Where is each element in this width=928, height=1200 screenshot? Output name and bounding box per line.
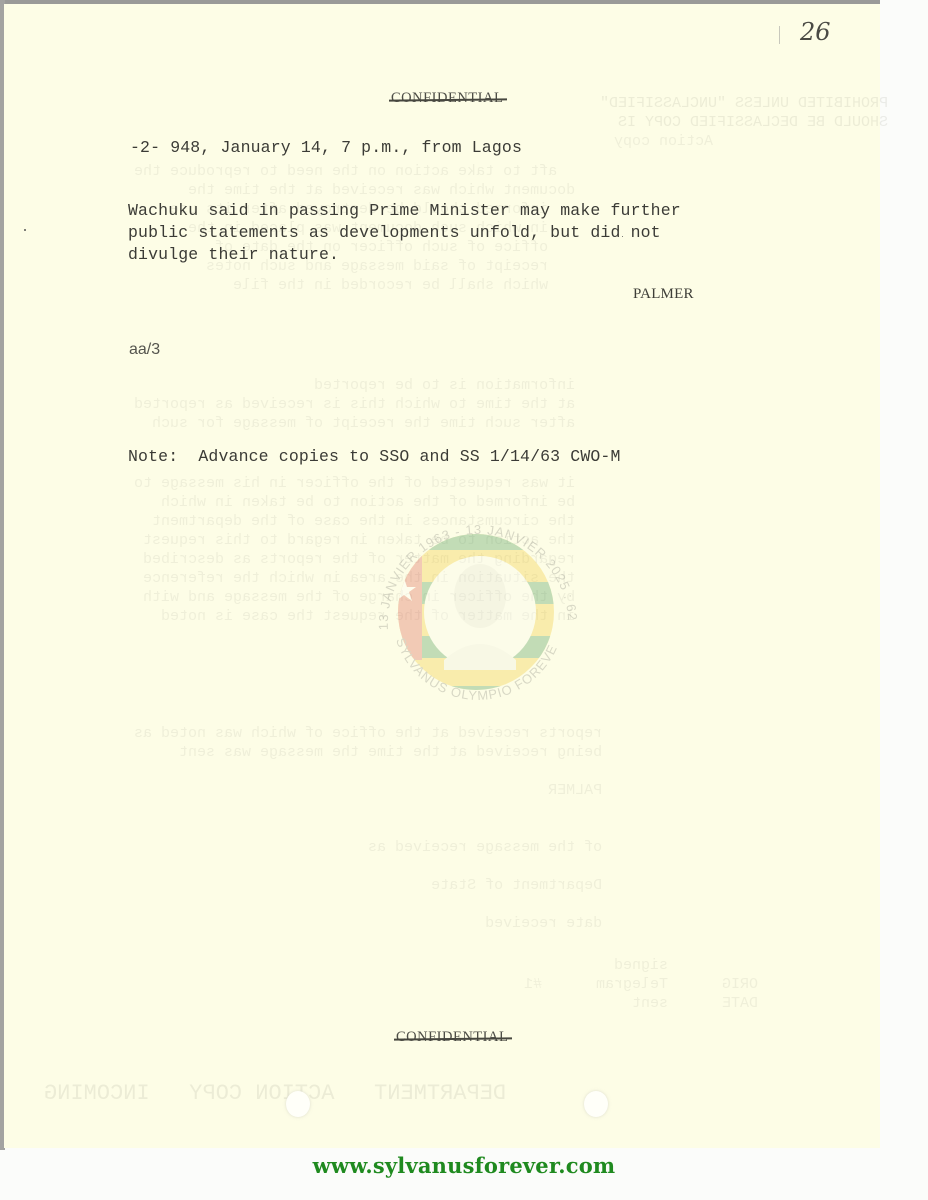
show-through-text: information is to be reported at the tim…: [134, 376, 593, 433]
document-page: PROHIBITED UNLESS "UNCLASSIFIED" SHOULD …: [4, 4, 880, 1148]
speck: [622, 236, 623, 237]
show-through-text: reports received at the office of which …: [134, 724, 620, 933]
show-through-text: signed ORIG Telegram #1 DATE sent: [524, 956, 776, 1013]
body-line-1: Wachuku said in passing Prime Minister m…: [128, 200, 681, 222]
classification-top: CONFIDENTIAL: [391, 90, 503, 107]
show-through-text: DEPARTMENT ACTION COPY INCOMING: [44, 1084, 506, 1103]
classification-bottom: CONFIDENTIAL: [396, 1029, 508, 1046]
body-line-3: divulge their nature.: [128, 244, 339, 266]
footer-website-link[interactable]: www.sylvanusforever.com: [0, 1153, 928, 1178]
watermark-medallion: 13 JANVIER 1963 - 13 JANVIER 2025 : 62 A…: [356, 500, 596, 720]
pencil-mark: [779, 26, 780, 44]
show-through-text: PROHIBITED UNLESS "UNCLASSIFIED" SHOULD …: [600, 94, 888, 132]
distribution-note: Note: Advance copies to SSO and SS 1/14/…: [128, 446, 621, 468]
handwritten-page-number: 26: [800, 18, 831, 46]
signature: PALMER: [633, 286, 694, 303]
typist-reference: aa/3: [129, 341, 160, 359]
punch-hole: [584, 1091, 608, 1117]
body-line-2: public statements as developments unfold…: [128, 222, 661, 244]
punch-hole: [286, 1091, 310, 1117]
speck: [24, 229, 26, 231]
show-through-text: Action copy: [614, 132, 749, 151]
telegram-header-line: -2- 948, January 14, 7 p.m., from Lagos: [130, 137, 522, 159]
